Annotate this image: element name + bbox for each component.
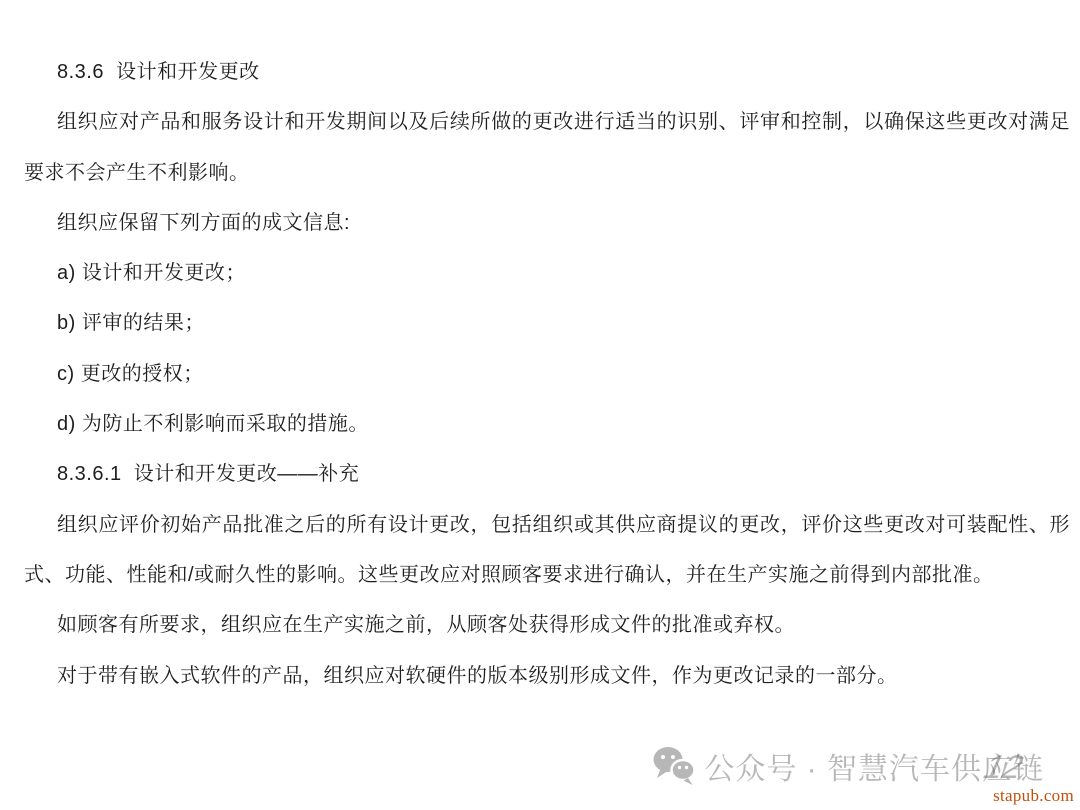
list-item-d: d) 为防止不利影响而采取的措施。 xyxy=(24,399,1070,449)
watermark-label: 公众号 · 智慧汽车供应链 xyxy=(704,744,1044,788)
list-item-c: c) 更改的授权； xyxy=(24,349,1070,399)
paragraph-customer-approval: 如顾客有所要求，组织应在生产实施之前，从顾客处获得形成文件的批准或弃权。 xyxy=(24,600,1070,650)
paragraph-retain-info: 组织应保留下列方面的成文信息: xyxy=(24,198,1070,248)
list-item-a: a) 设计和开发更改； xyxy=(24,248,1070,298)
paragraph-embedded-software: 对于带有嵌入式软件的产品，组织应对软硬件的版本级别形成文件，作为更改记录的一部分… xyxy=(24,651,1070,701)
document-page: 8.3.6 设计和开发更改 组织应对产品和服务设计和开发期间以及后续所做的更改进… xyxy=(0,0,1080,810)
list-item-b: b) 评审的结果； xyxy=(24,298,1070,348)
paragraph-change-control: 组织应对产品和服务设计和开发期间以及后续所做的更改进行适当的识别、评审和控制，以… xyxy=(24,97,1070,198)
site-watermark: stapub.com xyxy=(993,786,1074,806)
section-heading-836: 8.3.6 设计和开发更改 xyxy=(24,47,1070,97)
wechat-icon xyxy=(652,745,696,787)
paragraph-evaluate-changes: 组织应评价初始产品批准之后的所有设计更改，包括组织或其供应商提议的更改，评价这些… xyxy=(24,500,1070,601)
section-heading-8361: 8.3.6.1 设计和开发更改——补充 xyxy=(24,449,1070,499)
document-body: 8.3.6 设计和开发更改 组织应对产品和服务设计和开发期间以及后续所做的更改进… xyxy=(0,0,1080,701)
wechat-watermark: 公众号 · 智慧汽车供应链 xyxy=(652,742,1044,790)
